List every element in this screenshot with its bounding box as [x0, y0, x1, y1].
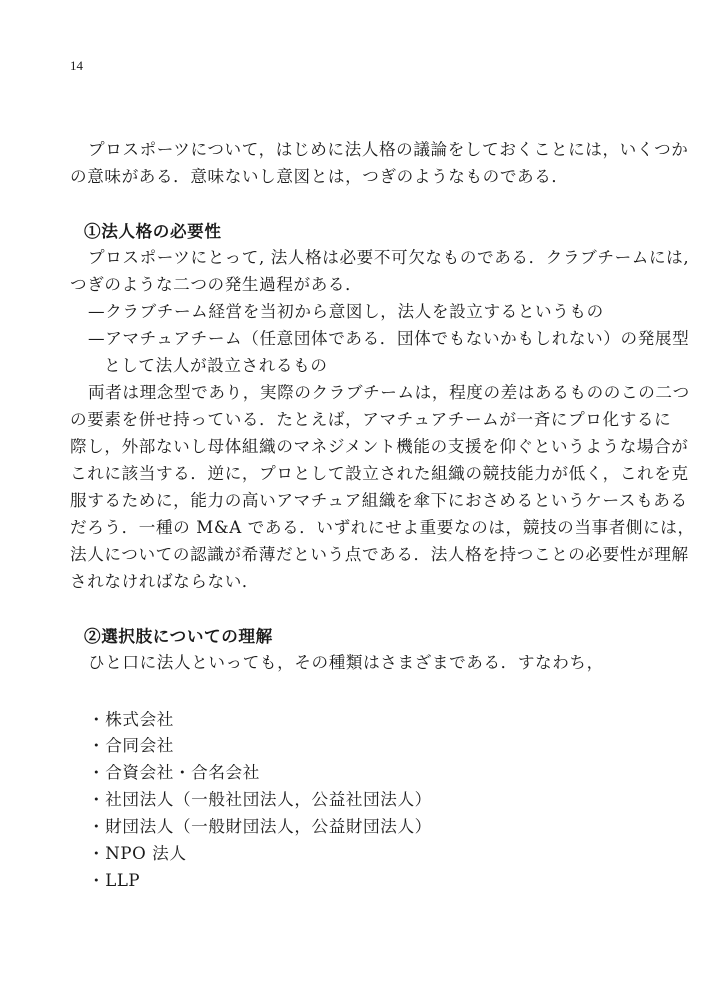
- dash-item-2-continued: として法人が設立されるもの: [104, 356, 328, 376]
- section1-heading: ①法人格の必要性: [84, 221, 222, 241]
- section1-para2-line-1: 両者は理念型であり，実際のクラブチームは，程度の差はあるもののこの二つ: [88, 383, 690, 403]
- section1-para2-line-7: 法人についての認識が希薄だという点である．法人格を持つことの必要性が理解: [70, 545, 689, 565]
- list-item-goshi-gomei: ・合資会社・合名会社: [88, 763, 260, 783]
- dash-item-1: —クラブチーム経営を当初から意図し，法人を設立するというもの: [88, 302, 604, 322]
- list-item-shadan: ・社団法人（一般社団法人，公益社団法人）: [88, 790, 432, 810]
- page-number: 14: [70, 58, 83, 74]
- section1-para2-line-8: されなければならない．: [70, 572, 259, 592]
- section1-para2-line-3: 際し，外部ないし母体組織のマネジメント機能の支援を仰ぐというような場合が: [70, 437, 688, 457]
- section1-para2-line-4: これに該当する．逆に，プロとして設立された組織の競技能力が低く，これを克: [70, 464, 689, 484]
- list-item-llp: ・LLP: [88, 871, 140, 891]
- section1-para1-line-1: プロスポーツにとって, 法人格は必要不可欠なものである．クラブチームには,: [88, 248, 689, 268]
- section1-para2-line-5: 服するために，能力の高いアマチュア組織を傘下におさめるというケースもある: [70, 491, 688, 511]
- section1-para2-line-2: の要素を併せ持っている．たとえば，アマチュアチームが一斉にプロ化するに: [70, 410, 671, 430]
- section1-para1-line-2: つぎのような二つの発生過程がある．: [70, 275, 362, 295]
- list-item-kabushiki: ・株式会社: [88, 710, 174, 730]
- intro-line-2: の意味がある．意味ないし意図とは，つぎのようなものである．: [70, 167, 569, 187]
- intro-line-1: プロスポーツについて，はじめに法人格の議論をしておくことには，いくつか: [88, 140, 688, 160]
- section1-para2-line-6: だろう．一種の M&A である．いずれにせよ重要なのは，競技の当事者側には，: [70, 518, 695, 538]
- section2-heading: ②選択肢についての理解: [84, 626, 273, 646]
- list-item-npo: ・NPO 法人: [88, 844, 187, 864]
- list-item-zaidan: ・財団法人（一般財団法人，公益財団法人）: [88, 817, 432, 837]
- section2-para1: ひと口に法人といっても，その種類はさまざまである．すなわち，: [88, 653, 604, 673]
- dash-item-2: —アマチュアチーム（任意団体である．団体でもないかもしれない）の発展型: [88, 329, 689, 349]
- list-item-godo: ・合同会社: [88, 736, 174, 756]
